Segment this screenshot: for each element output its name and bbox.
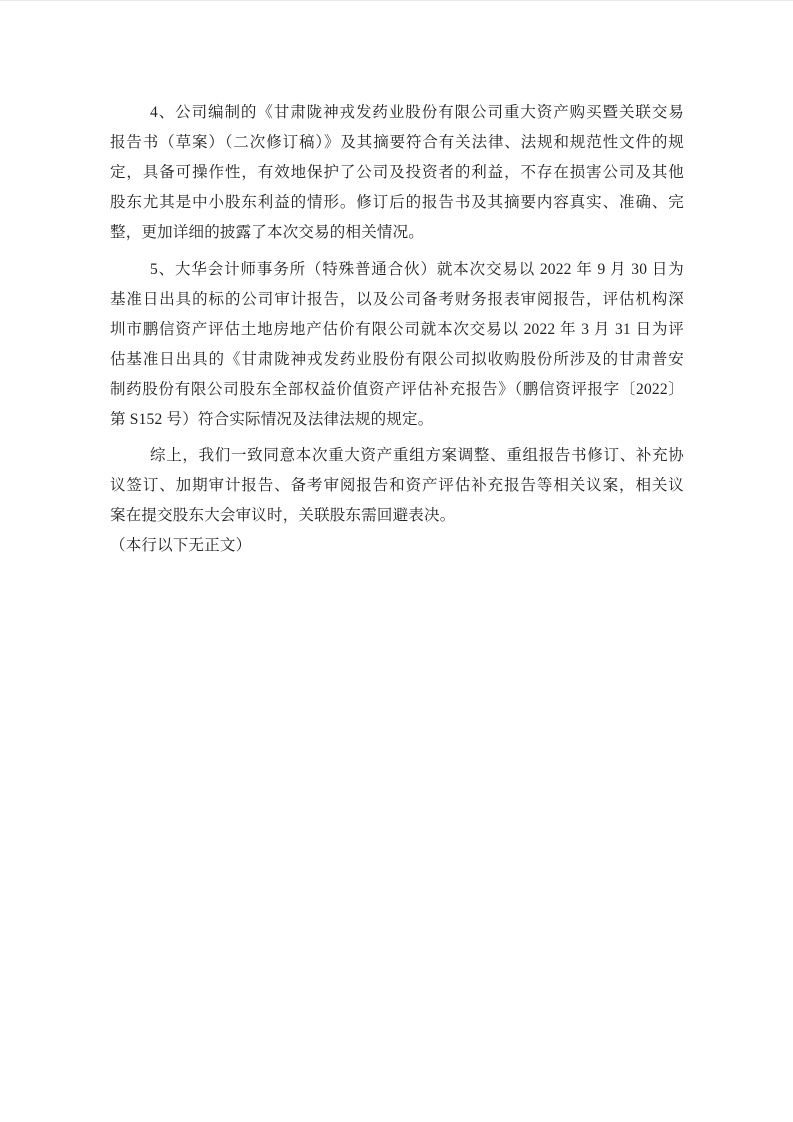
text-line: 第 S152 号）符合实际情况及法律法规的规定。	[110, 405, 684, 435]
paragraph-no-more-text-notice: （本行以下无正文）	[110, 531, 684, 561]
page-top-edge	[0, 0, 793, 1]
text-line: 报告书（草案）（二次修订稿）》及其摘要符合有关法律、法规和规范性文件的规	[110, 128, 684, 158]
text-line: 议签订、加期审计报告、备考审阅报告和资产评估补充报告等相关议案，相关议	[110, 471, 684, 501]
text-line: 4、公司编制的《甘肃陇神戎发药业股份有限公司重大资产购买暨关联交易	[110, 98, 684, 128]
text-line: 基准日出具的标的公司审计报告，以及公司备考财务报表审阅报告，评估机构深	[110, 285, 684, 315]
document-body: 4、公司编制的《甘肃陇神戎发药业股份有限公司重大资产购买暨关联交易 报告书（草案…	[110, 98, 684, 561]
paragraph-item-5: 5、大华会计师事务所（特殊普通合伙）就本次交易以 2022 年 9 月 30 日…	[110, 255, 684, 435]
text-line: 定，具备可操作性，有效地保护了公司及投资者的利益，不存在损害公司及其他	[110, 158, 684, 188]
text-line: （本行以下无正文）	[110, 531, 684, 561]
text-line: 股东尤其是中小股东利益的情形。修订后的报告书及其摘要内容真实、准确、完	[110, 188, 684, 218]
document-page: 4、公司编制的《甘肃陇神戎发药业股份有限公司重大资产购买暨关联交易 报告书（草案…	[0, 0, 793, 1122]
text-line: 估基准日出具的《甘肃陇神戎发药业股份有限公司拟收购股份所涉及的甘肃普安	[110, 345, 684, 375]
text-line: 案在提交股东大会审议时，关联股东需回避表决。	[110, 501, 684, 531]
paragraph-item-4: 4、公司编制的《甘肃陇神戎发药业股份有限公司重大资产购买暨关联交易 报告书（草案…	[110, 98, 684, 248]
paragraph-conclusion: 综上，我们一致同意本次重大资产重组方案调整、重组报告书修订、补充协 议签订、加期…	[110, 441, 684, 531]
text-line: 综上，我们一致同意本次重大资产重组方案调整、重组报告书修订、补充协	[110, 441, 684, 471]
text-line: 整，更加详细的披露了本次交易的相关情况。	[110, 218, 684, 248]
text-line: 制药股份有限公司股东全部权益价值资产评估补充报告》（鹏信资评报字〔2022〕	[110, 375, 684, 405]
text-line: 圳市鹏信资产评估土地房地产估价有限公司就本次交易以 2022 年 3 月 31 …	[110, 315, 684, 345]
text-line: 5、大华会计师事务所（特殊普通合伙）就本次交易以 2022 年 9 月 30 日…	[110, 255, 684, 285]
